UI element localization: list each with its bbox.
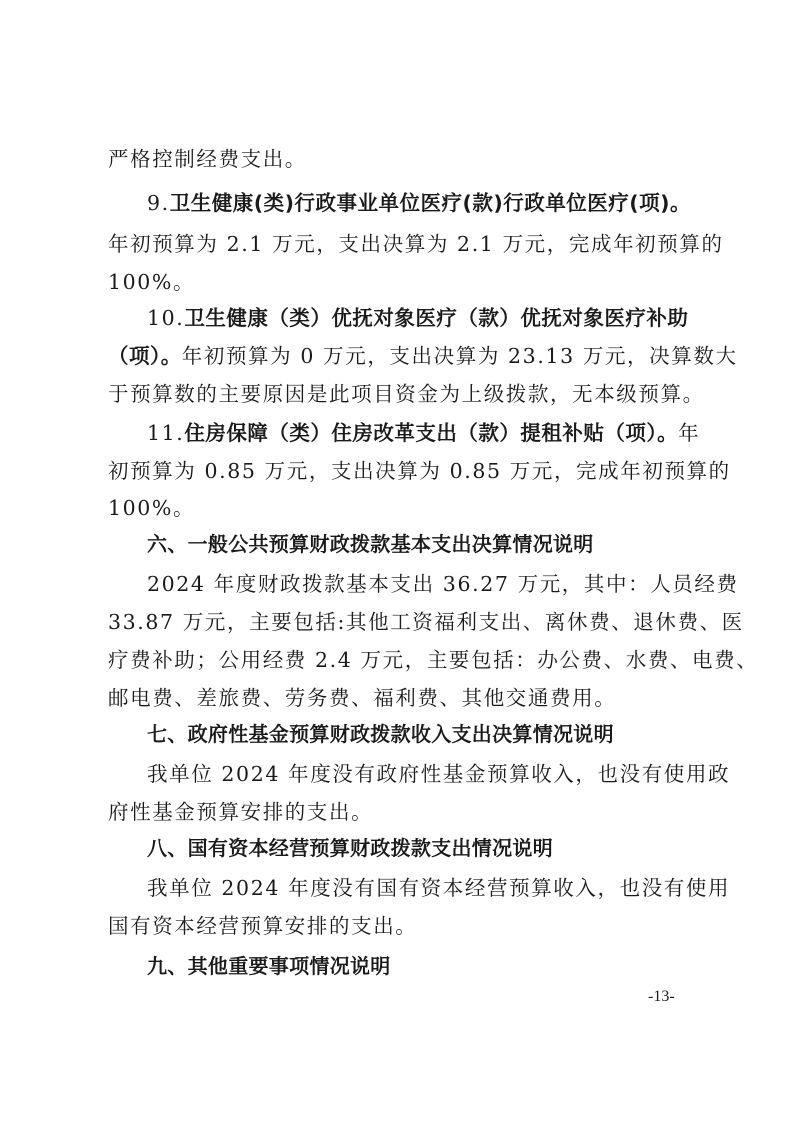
item-title-end: （项）。 [108,344,182,368]
item-number: 11. [147,421,184,445]
section-heading-9: 九、其他重要事项情况说明 [147,952,727,980]
item-text: 年初预算为 0 万元，支出决算为 23.13 万元，决算数大 [182,344,738,368]
paragraph-line: 100%。 [108,268,688,296]
item-10-line: （项）。年初预算为 0 万元，支出决算为 23.13 万元，决算数大 [108,342,688,370]
paragraph-line: 国有资本经营预算安排的支出。 [108,912,688,940]
paragraph-line: 我单位 2024 年度没有国有资本经营预算收入，也没有使用 [147,874,727,902]
section-heading-7: 七、政府性基金预算财政拨款收入支出决算情况说明 [147,720,727,748]
item-title: 住房保障（类）住房改革支出（款）提租补贴（项）。 [184,421,678,445]
item-number: 10. [147,306,184,330]
item-number: 9. [147,191,170,215]
paragraph-line: 我单位 2024 年度没有政府性基金预算收入，也没有使用政 [147,760,727,788]
item-title: 卫生健康（类）优抚对象医疗（款）优抚对象医疗补助 [184,306,688,330]
section-heading-6: 六、一般公共预算财政拨款基本支出决算情况说明 [147,530,727,558]
paragraph-line: 于预算数的主要原因是此项目资金为上级拨款，无本级预算。 [108,380,688,408]
paragraph-line: 33.87 万元，主要包括:其他工资福利支出、离休费、退休费、医 [108,608,688,636]
paragraph-line: 100%。 [108,494,688,522]
item-11-title: 11.住房保障（类）住房改革支出（款）提租补贴（项）。年 [147,419,727,447]
item-text: 年 [678,421,700,445]
paragraph-line: 严格控制经费支出。 [108,145,688,173]
item-10-title: 10.卫生健康（类）优抚对象医疗（款）优抚对象医疗补助 [147,304,727,332]
paragraph-line: 2024 年度财政拨款基本支出 36.27 万元，其中：人员经费 [147,570,727,598]
page-number: -13- [648,988,675,1006]
paragraph-line: 疗费补助；公用经费 2.4 万元，主要包括：办公费、水费、电费、 [108,646,688,674]
section-heading-8: 八、国有资本经营预算财政拨款支出情况说明 [147,834,727,862]
paragraph-line: 年初预算为 2.1 万元，支出决算为 2.1 万元，完成年初预算的 [108,230,688,258]
paragraph-line: 邮电费、差旅费、劳务费、福利费、其他交通费用。 [108,684,688,712]
paragraph-line: 初预算为 0.85 万元，支出决算为 0.85 万元，完成年初预算的 [108,457,688,485]
item-title: 卫生健康(类)行政事业单位医疗(款)行政单位医疗(项)。 [170,191,691,215]
paragraph-line: 府性基金预算安排的支出。 [108,798,688,826]
item-9-title: 9.卫生健康(类)行政事业单位医疗(款)行政单位医疗(项)。 [147,189,727,217]
